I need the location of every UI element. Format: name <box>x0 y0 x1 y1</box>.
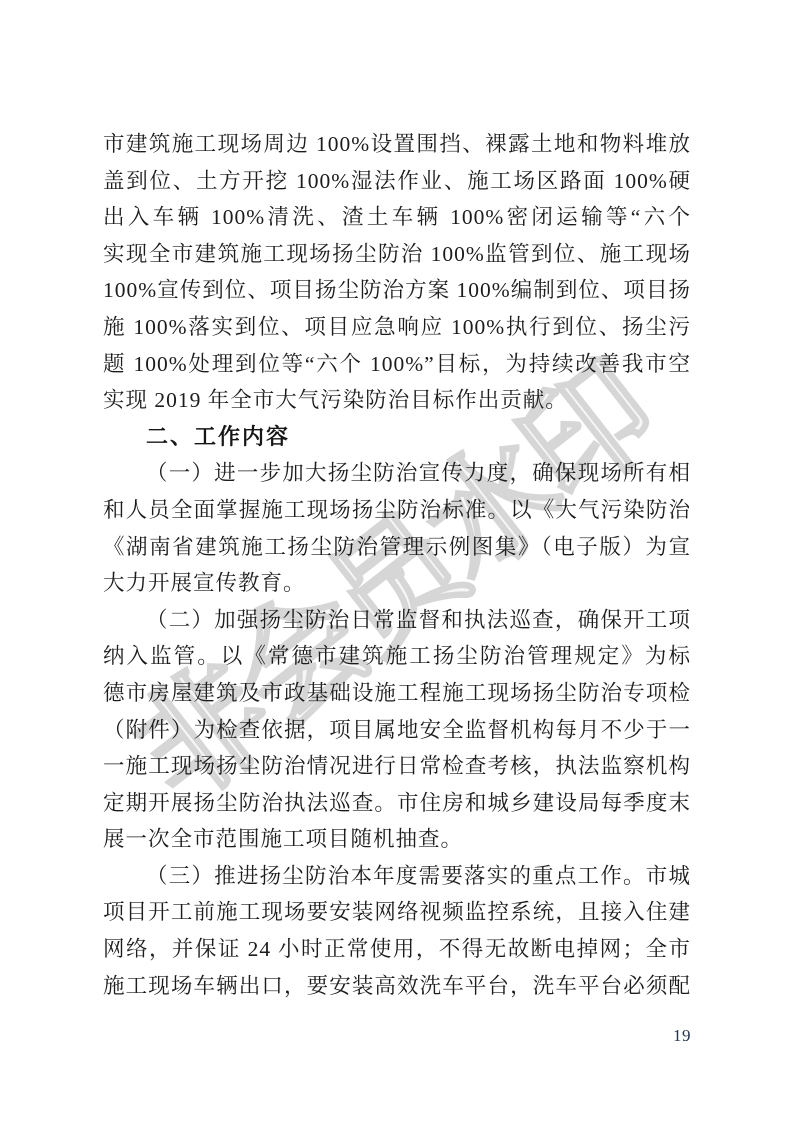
text-line: （二）加强扬尘防治日常监督和执法巡查，确保开工项目全部 <box>103 602 691 639</box>
text-line: （三）推进扬尘防治本年度需要落实的重点工作。市城区工程 <box>103 858 691 895</box>
text-line: 和人员全面掌握施工现场扬尘防治标准。以《大气污染防治法》和 <box>103 492 691 529</box>
text-line: 实现 2019 年全市大气污染防治目标作出贡献。 <box>103 382 691 419</box>
text-line: （附件）为检查依据，项目属地安全监督机构每月不少于一次对每 <box>103 712 691 749</box>
document-body: 市建筑施工现场周边 100%设置围挡、裸露土地和物料堆放 100%覆 盖到位、土… <box>103 126 691 1004</box>
text-line: 德市房屋建筑及市政基础设施工程施工现场扬尘防治专项检查表》 <box>103 675 691 712</box>
text-line: 定期开展扬尘防治执法巡查。市住房和城乡建设局每季度末集中开 <box>103 785 691 822</box>
text-line: 题 100%处理到位等“六个 100%”目标，为持续改善我市空气质量， <box>103 346 691 383</box>
text-line: （一）进一步加大扬尘防治宣传力度，确保现场所有相关单位 <box>103 455 691 492</box>
text-line: 实现全市建筑施工现场扬尘防治 100%监管到位、施工现场扬尘防治 <box>103 236 691 273</box>
text-line: 大力开展宣传教育。 <box>103 565 691 602</box>
text-line: 施工现场车辆出口，要安装高效洗车平台，洗车平台必须配有过水 <box>103 968 691 1005</box>
document-page: 非会员水印 市建筑施工现场周边 100%设置围挡、裸露土地和物料堆放 100%覆… <box>0 0 793 1122</box>
text-line: 一施工现场扬尘防治情况进行日常检查考核，执法监察机构每月不 <box>103 748 691 785</box>
text-line: 出入车辆 100%清洗、渣土车辆 100%密闭运输等“六个 100%”要求。 <box>103 199 691 236</box>
text-line: 盖到位、土方开挖 100%湿法作业、施工场区路面 100%硬化到位、 <box>103 163 691 200</box>
text-line: 网络，并保证 24 小时正常使用，不得无故断电掉网；全市城镇区域 <box>103 931 691 968</box>
text-line: 展一次全市范围施工项目随机抽查。 <box>103 821 691 858</box>
text-line: 项目开工前施工现场要安装网络视频监控系统，且接入住建局监控 <box>103 894 691 931</box>
text-line: 施 100%落实到位、项目应急响应 100%执行到位、扬尘污染突出问 <box>103 309 691 346</box>
text-line: 100%宣传到位、项目扬尘防治方案 100%编制到位、项目扬尘防治措 <box>103 272 691 309</box>
text-line: 纳入监管。以《常德市建筑施工扬尘防治管理规定》为标准，《常 <box>103 638 691 675</box>
section-heading: 二、工作内容 <box>103 419 691 456</box>
text-line: 《湖南省建筑施工扬尘防治管理示例图集》（电子版）为宣传教材， <box>103 529 691 566</box>
page-number: 19 <box>103 1026 691 1046</box>
text-line: 市建筑施工现场周边 100%设置围挡、裸露土地和物料堆放 100%覆 <box>103 126 691 163</box>
